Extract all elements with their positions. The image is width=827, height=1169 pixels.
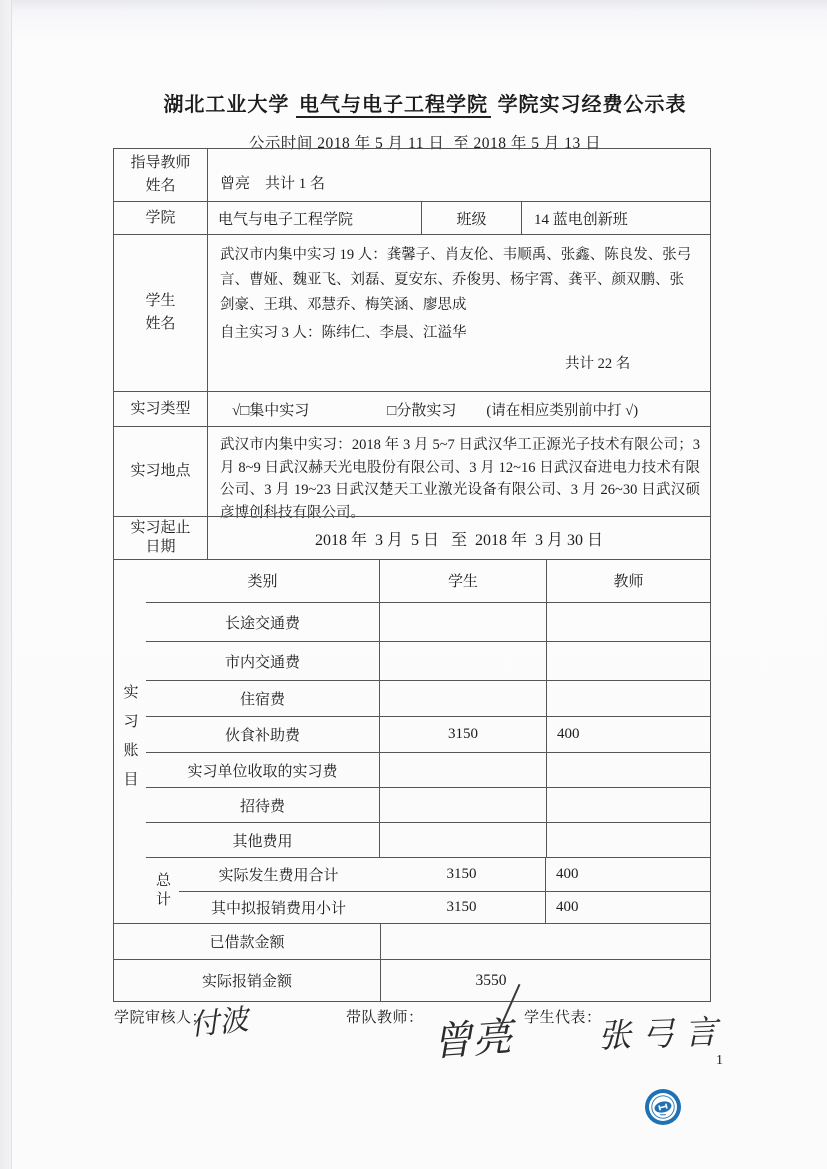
row-students: 学生 姓名 武汉市内集中实习 19 人：龚馨子、肖友伦、韦顺禹、张鑫、陈良发、张… [114, 234, 710, 391]
totals-row: 其中拟报销费用小计 3150 400 [179, 891, 710, 923]
account-row: 长途交通费 [146, 602, 710, 642]
dates-label: 实习起止 日期 [114, 517, 207, 559]
college-label: 学院 [114, 202, 207, 234]
row-location: 实习地点 武汉市内集中实习：2018 年 3 月 5~7 日武汉华工正源光子技术… [114, 426, 710, 516]
checkbox-concentrated-checked: √□集中实习 [232, 399, 309, 420]
account-row: 实习单位收取的实习费 [146, 752, 710, 788]
reimbursed-label: 实际报销金额 [114, 960, 380, 1001]
account-totals: 总计 实际发生费用合计 3150 400 其中拟报销费用小计 3150 400 [146, 857, 710, 923]
reviewer-signature: 付波 [188, 997, 250, 1044]
type-value: √□集中实习 □分散实习 (请在相应类别前中打 √) [207, 392, 710, 426]
type-hint: (请在相应类别前中打 √) [486, 399, 638, 420]
reimbursed-value: 3550 [380, 960, 710, 1001]
students-value: 武汉市内集中实习 19 人：龚馨子、肖友伦、韦顺禹、张鑫、陈良发、张弓言、曹娅、… [207, 235, 710, 391]
header-category: 类别 [146, 560, 379, 602]
row-college: 学院 电气与电子工程学院 班级 14 蓝电创新班 [114, 201, 710, 234]
checkbox-dispersed-unchecked: □分散实习 [387, 399, 456, 420]
student-rep-signature: 张弓言 [597, 1006, 728, 1057]
location-label: 实习地点 [114, 427, 207, 516]
class-value: 14 蓝电创新班 [521, 202, 710, 234]
scan-edge-artifact [0, 0, 12, 1169]
form-table: 指导教师 姓名 曾亮 共计 1 名 学院 电气与电子工程学院 班级 14 蓝电创… [113, 148, 711, 1002]
dates-value: 2018 年 3 月 5 日 至 2018 年 3 月 30 日 [207, 517, 710, 559]
row-dates: 实习起止 日期 2018 年 3 月 5 日 至 2018 年 3 月 30 日 [114, 516, 710, 559]
account-block: 实习账目 类别 学生 教师 长途交通费 市内交通费 [114, 559, 710, 923]
account-row: 招待费 [146, 787, 710, 822]
account-side-label: 实习账目 [114, 560, 146, 923]
totals-row: 实际发生费用合计 3150 400 [179, 858, 710, 891]
row-advisor: 指导教师 姓名 曾亮 共计 1 名 [114, 149, 710, 201]
borrowed-value [380, 924, 710, 959]
account-table: 类别 学生 教师 长途交通费 市内交通费 住宿费 [146, 560, 710, 923]
title-college-blank: 电气与电子工程学院 [296, 94, 491, 118]
students-total: 共计 22 名 [565, 352, 698, 377]
students-group-independent: 自主实习 3 人：陈纬仁、李晨、江溢华 [220, 321, 698, 346]
title-suffix: 学院实习经费公示表 [498, 94, 687, 116]
account-header-row: 类别 学生 教师 [146, 560, 710, 602]
title-prefix: 湖北工业大学 [163, 94, 289, 116]
row-borrowed: 已借款金额 [114, 923, 710, 959]
borrowed-label: 已借款金额 [114, 924, 380, 959]
lead-teacher-label: 带队教师： [346, 1006, 424, 1027]
page-number: 1 [716, 1053, 723, 1069]
university-seal-icon [644, 1088, 682, 1126]
account-row: 住宿费 [146, 680, 710, 716]
class-label: 班级 [421, 202, 521, 234]
location-value: 武汉市内集中实习：2018 年 3 月 5~7 日武汉华工正源光子技术有限公司；… [207, 427, 710, 516]
advisor-label: 指导教师 姓名 [114, 149, 207, 201]
row-reimbursed: 实际报销金额 3550 [114, 959, 710, 1001]
account-row: 伙食补助费 3150 400 [146, 716, 710, 752]
students-label: 学生 姓名 [114, 235, 207, 391]
account-row: 其他费用 [146, 822, 710, 857]
student-rep-label: 学生代表： [524, 1006, 602, 1027]
header-student: 学生 [379, 560, 546, 602]
lead-teacher-signature: 曾亮 [430, 1005, 514, 1067]
advisor-value: 曾亮 共计 1 名 [207, 149, 710, 201]
college-value: 电气与电子工程学院 [207, 202, 421, 234]
scanned-form-page: 湖北工业大学 电气与电子工程学院 学院实习经费公示表 公示时间 2018 年 5… [0, 0, 827, 1169]
type-label: 实习类型 [114, 392, 207, 426]
page-title: 湖北工业大学 电气与电子工程学院 学院实习经费公示表 [30, 88, 820, 117]
account-row: 市内交通费 [146, 641, 710, 680]
students-group-concentrated: 武汉市内集中实习 19 人：龚馨子、肖友伦、韦顺禹、张鑫、陈良发、张弓言、曹娅、… [220, 243, 698, 318]
totals-side-label: 总计 [146, 858, 179, 923]
row-internship-type: 实习类型 √□集中实习 □分散实习 (请在相应类别前中打 √) [114, 391, 710, 426]
header-teacher: 教师 [546, 560, 710, 602]
